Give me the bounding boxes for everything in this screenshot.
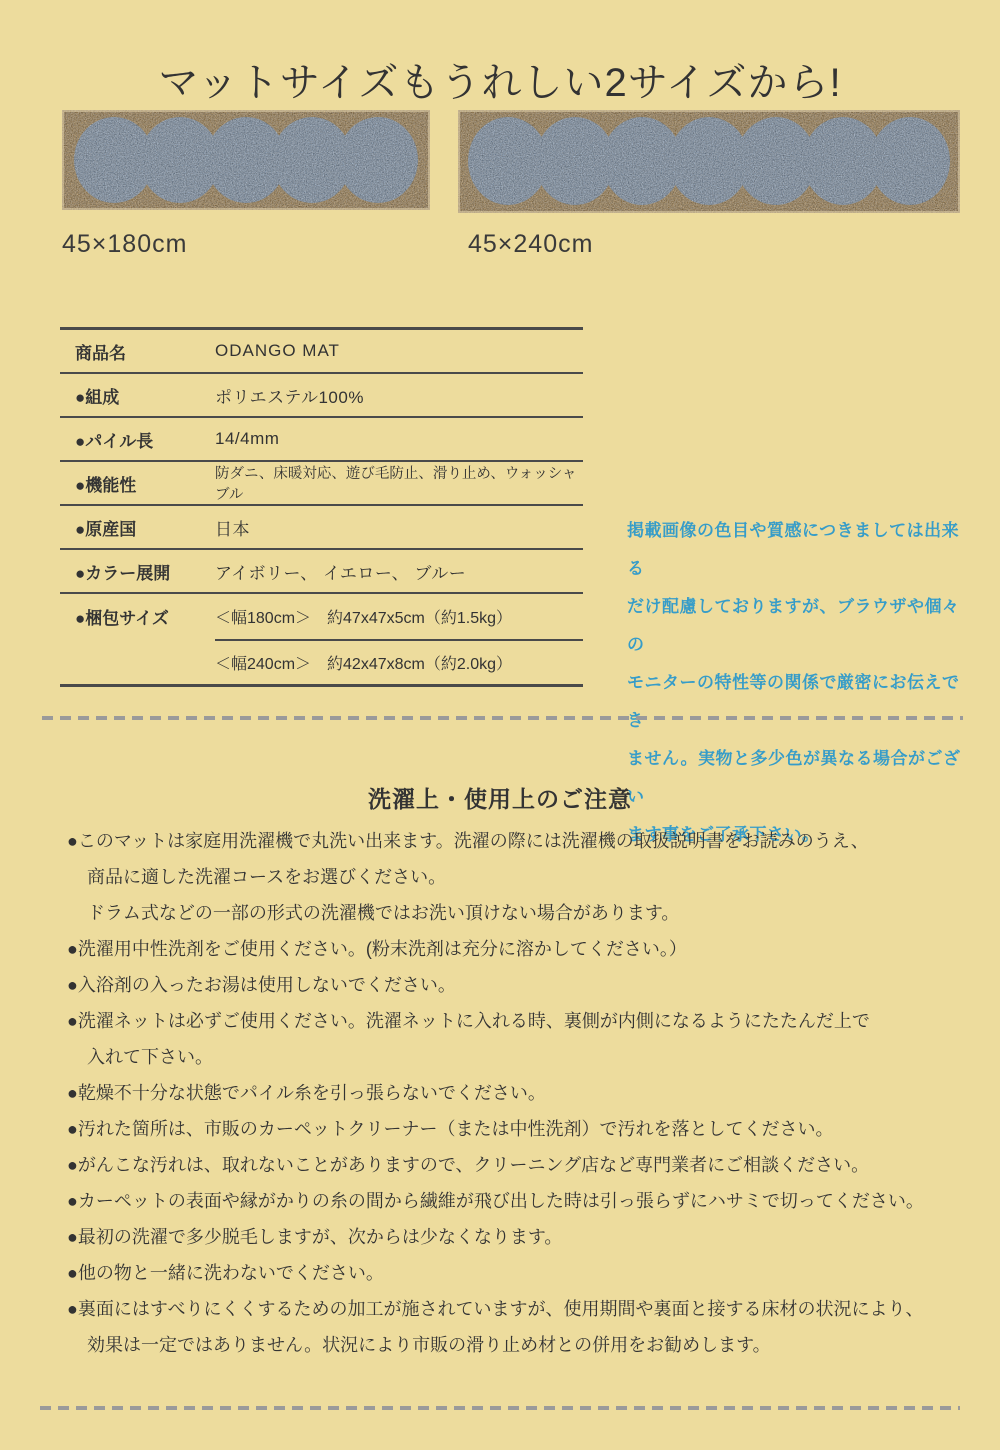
spec-label: ●原産国 bbox=[60, 515, 215, 540]
care-line: ●洗濯用中性洗剤をご使用ください。(粉末洗剤は充分に溶かしてください。） bbox=[67, 931, 967, 967]
spec-row-packing-size: ●梱包サイズ ＜幅180cm＞ 約47x47x5cm（約1.5kg） ＜幅240… bbox=[60, 592, 583, 684]
mat-image-45x240 bbox=[458, 110, 960, 213]
spec-label: ●梱包サイズ bbox=[60, 594, 215, 639]
packing-values: ＜幅180cm＞ 約47x47x5cm（約1.5kg） ＜幅240cm＞ 約42… bbox=[215, 594, 583, 684]
product-info-page: マットサイズもうれしい2サイズから! 45×180cm 45× bbox=[0, 0, 1000, 1450]
spec-label: ●組成 bbox=[60, 383, 215, 408]
spec-label: ●機能性 bbox=[60, 471, 215, 496]
spec-row-pile-length: ●パイル長 14/4mm bbox=[60, 416, 583, 460]
spec-value: ODANGO MAT bbox=[215, 341, 340, 361]
spec-value: 防ダニ、床暖対応、遊び毛防止、滑り止め、ウォッシャブル bbox=[215, 462, 583, 504]
spec-row-features: ●機能性 防ダニ、床暖対応、遊び毛防止、滑り止め、ウォッシャブル bbox=[60, 460, 583, 504]
care-line: ●乾燥不十分な状態でパイル糸を引っ張らないでください。 bbox=[67, 1075, 967, 1111]
care-line: ●最初の洗濯で多少脱毛しますが、次からは少なくなります。 bbox=[67, 1219, 967, 1255]
care-line: ●他の物と一緒に洗わないでください。 bbox=[67, 1255, 967, 1291]
care-line: ●カーペットの表面や縁がかりの糸の間から繊維が飛び出した時は引っ張らずにハサミで… bbox=[67, 1183, 967, 1219]
spec-table: 商品名 ODANGO MAT ●組成 ポリエステル100% ●パイル長 14/4… bbox=[60, 327, 583, 687]
care-section-heading: 洗濯上・使用上のご注意 bbox=[0, 781, 1000, 814]
care-line: 入れて下さい。 bbox=[67, 1039, 967, 1075]
spec-value: 日本 bbox=[215, 515, 250, 540]
care-line: ●入浴剤の入ったお湯は使用しないでください。 bbox=[67, 967, 967, 1003]
spec-label: ●カラー展開 bbox=[60, 559, 215, 584]
spec-row-country: ●原産国 日本 bbox=[60, 504, 583, 548]
care-line: ●洗濯ネットは必ずご使用ください。洗濯ネットに入れる時、裏側が内側になるようにた… bbox=[67, 1003, 967, 1039]
packing-size-240: ＜幅240cm＞ 約42x47x8cm（約2.0kg） bbox=[215, 639, 583, 684]
spec-label: ●パイル長 bbox=[60, 427, 215, 452]
care-line: ●このマットは家庭用洗濯機で丸洗い出来ます。洗濯の際には洗濯機の取扱説明書をお読… bbox=[67, 823, 967, 859]
spec-row-product-name: 商品名 ODANGO MAT bbox=[60, 330, 583, 372]
care-line: ドラム式などの一部の形式の洗濯機ではお洗い頂けない場合があります。 bbox=[67, 895, 967, 931]
spec-label: 商品名 bbox=[60, 339, 215, 364]
care-line: ●裏面にはすべりにくくするための加工が施されていますが、使用期間や裏面と接する床… bbox=[67, 1291, 967, 1327]
spec-value: 14/4mm bbox=[215, 429, 279, 449]
page-title: マットサイズもうれしい2サイズから! bbox=[0, 51, 1000, 108]
size-label-45x180: 45×180cm bbox=[62, 230, 187, 259]
care-line: 効果は一定ではありません。状況により市販の滑り止め材との併用をお勧めします。 bbox=[67, 1327, 967, 1363]
spec-value: アイボリー、 イエロー、 ブルー bbox=[215, 559, 466, 584]
spec-row-composition: ●組成 ポリエステル100% bbox=[60, 372, 583, 416]
packing-size-180: ＜幅180cm＞ 約47x47x5cm（約1.5kg） bbox=[215, 594, 583, 639]
care-instructions-list: ●このマットは家庭用洗濯機で丸洗い出来ます。洗濯の際には洗濯機の取扱説明書をお読… bbox=[67, 823, 967, 1363]
size-label-45x240: 45×240cm bbox=[468, 230, 593, 259]
dashed-divider-bottom bbox=[40, 1406, 960, 1410]
mat-image-45x180 bbox=[62, 110, 430, 210]
care-line: ●汚れた箇所は、市販のカーペットクリーナー（または中性洗剤）で汚れを落としてくだ… bbox=[67, 1111, 967, 1147]
care-line: ●がんこな汚れは、取れないことがありますので、クリーニング店など専門業者にご相談… bbox=[67, 1147, 967, 1183]
spec-row-colors: ●カラー展開 アイボリー、 イエロー、 ブルー bbox=[60, 548, 583, 592]
care-line: 商品に適した洗濯コースをお選びください。 bbox=[67, 859, 967, 895]
spec-value: ポリエステル100% bbox=[215, 383, 364, 408]
dashed-divider-top bbox=[42, 716, 963, 720]
